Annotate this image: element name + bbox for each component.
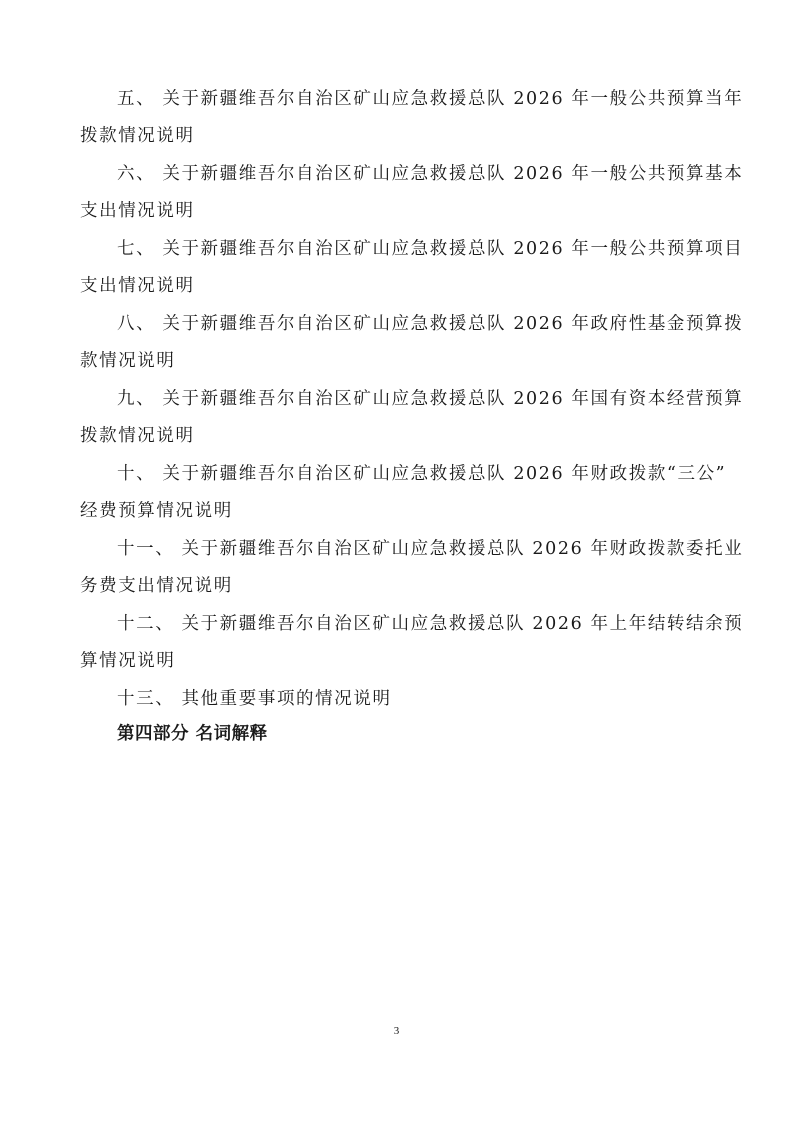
toc-item-9-line1: 九、 关于新疆维吾尔自治区矿山应急救援总队 2026 年国有资本经营预算	[117, 388, 757, 410]
toc-item-12-line1: 十二、 关于新疆维吾尔自治区矿山应急救援总队 2026 年上年结转结余预	[117, 613, 757, 635]
toc-item-9-line2: 拨款情况说明	[80, 425, 720, 447]
toc-item-8-line1: 八、 关于新疆维吾尔自治区矿山应急救援总队 2026 年政府性基金预算拨	[117, 313, 757, 335]
toc-item-6-line2: 支出情况说明	[80, 200, 720, 222]
toc-item-10-line1: 十、 关于新疆维吾尔自治区矿山应急救援总队 2026 年财政拨款“三公”	[117, 463, 757, 485]
toc-item-7-line1: 七、 关于新疆维吾尔自治区矿山应急救援总队 2026 年一般公共预算项目	[117, 238, 757, 260]
toc-item-8-line2: 款情况说明	[80, 350, 720, 372]
document-page: 五、 关于新疆维吾尔自治区矿山应急救援总队 2026 年一般公共预算当年 拨款情…	[0, 0, 793, 1122]
section-heading: 第四部分 名词解释	[117, 723, 757, 745]
toc-item-7-line2: 支出情况说明	[80, 275, 720, 297]
toc-item-12-line2: 算情况说明	[80, 650, 720, 672]
toc-item-11-line2: 务费支出情况说明	[80, 575, 720, 597]
toc-item-5-line1: 五、 关于新疆维吾尔自治区矿山应急救援总队 2026 年一般公共预算当年	[117, 88, 757, 110]
toc-item-10-line2: 经费预算情况说明	[80, 500, 720, 522]
toc-item-11-line1: 十一、 关于新疆维吾尔自治区矿山应急救援总队 2026 年财政拨款委托业	[117, 538, 757, 560]
toc-item-13: 十三、 其他重要事项的情况说明	[117, 688, 757, 710]
page-number: 3	[0, 1025, 793, 1037]
toc-item-6-line1: 六、 关于新疆维吾尔自治区矿山应急救援总队 2026 年一般公共预算基本	[117, 163, 757, 185]
toc-item-5-line2: 拨款情况说明	[80, 125, 720, 147]
